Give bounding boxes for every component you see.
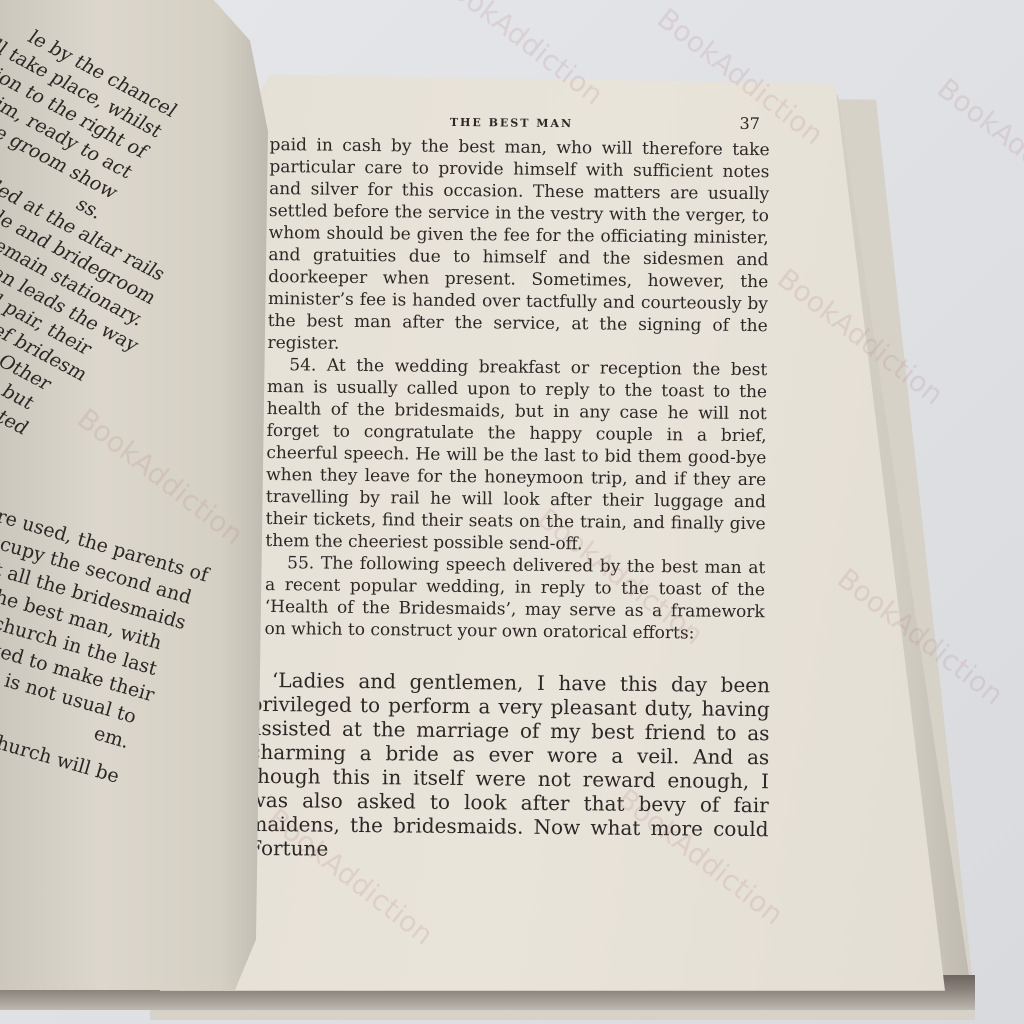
paragraph-54: 54. At the wedding breakfast or receptio… xyxy=(265,354,767,557)
book-photo: THE BEST MAN 37 paid in cash by the best… xyxy=(0,0,1024,1024)
paragraph-continued: paid in cash by the best man, who will t… xyxy=(267,134,769,359)
running-head: THE BEST MAN 37 xyxy=(270,108,770,137)
paragraph-55: 55. The following speech delivered by th… xyxy=(264,552,765,645)
speech-quote: ‘Ladies and gentlemen, I have this day b… xyxy=(248,668,770,865)
right-page-text: THE BEST MAN 37 paid in cash by the best… xyxy=(262,108,770,885)
running-head-title: THE BEST MAN xyxy=(450,112,573,135)
page-number: 37 xyxy=(739,113,760,135)
watermark: BookAddiction xyxy=(931,72,1024,222)
